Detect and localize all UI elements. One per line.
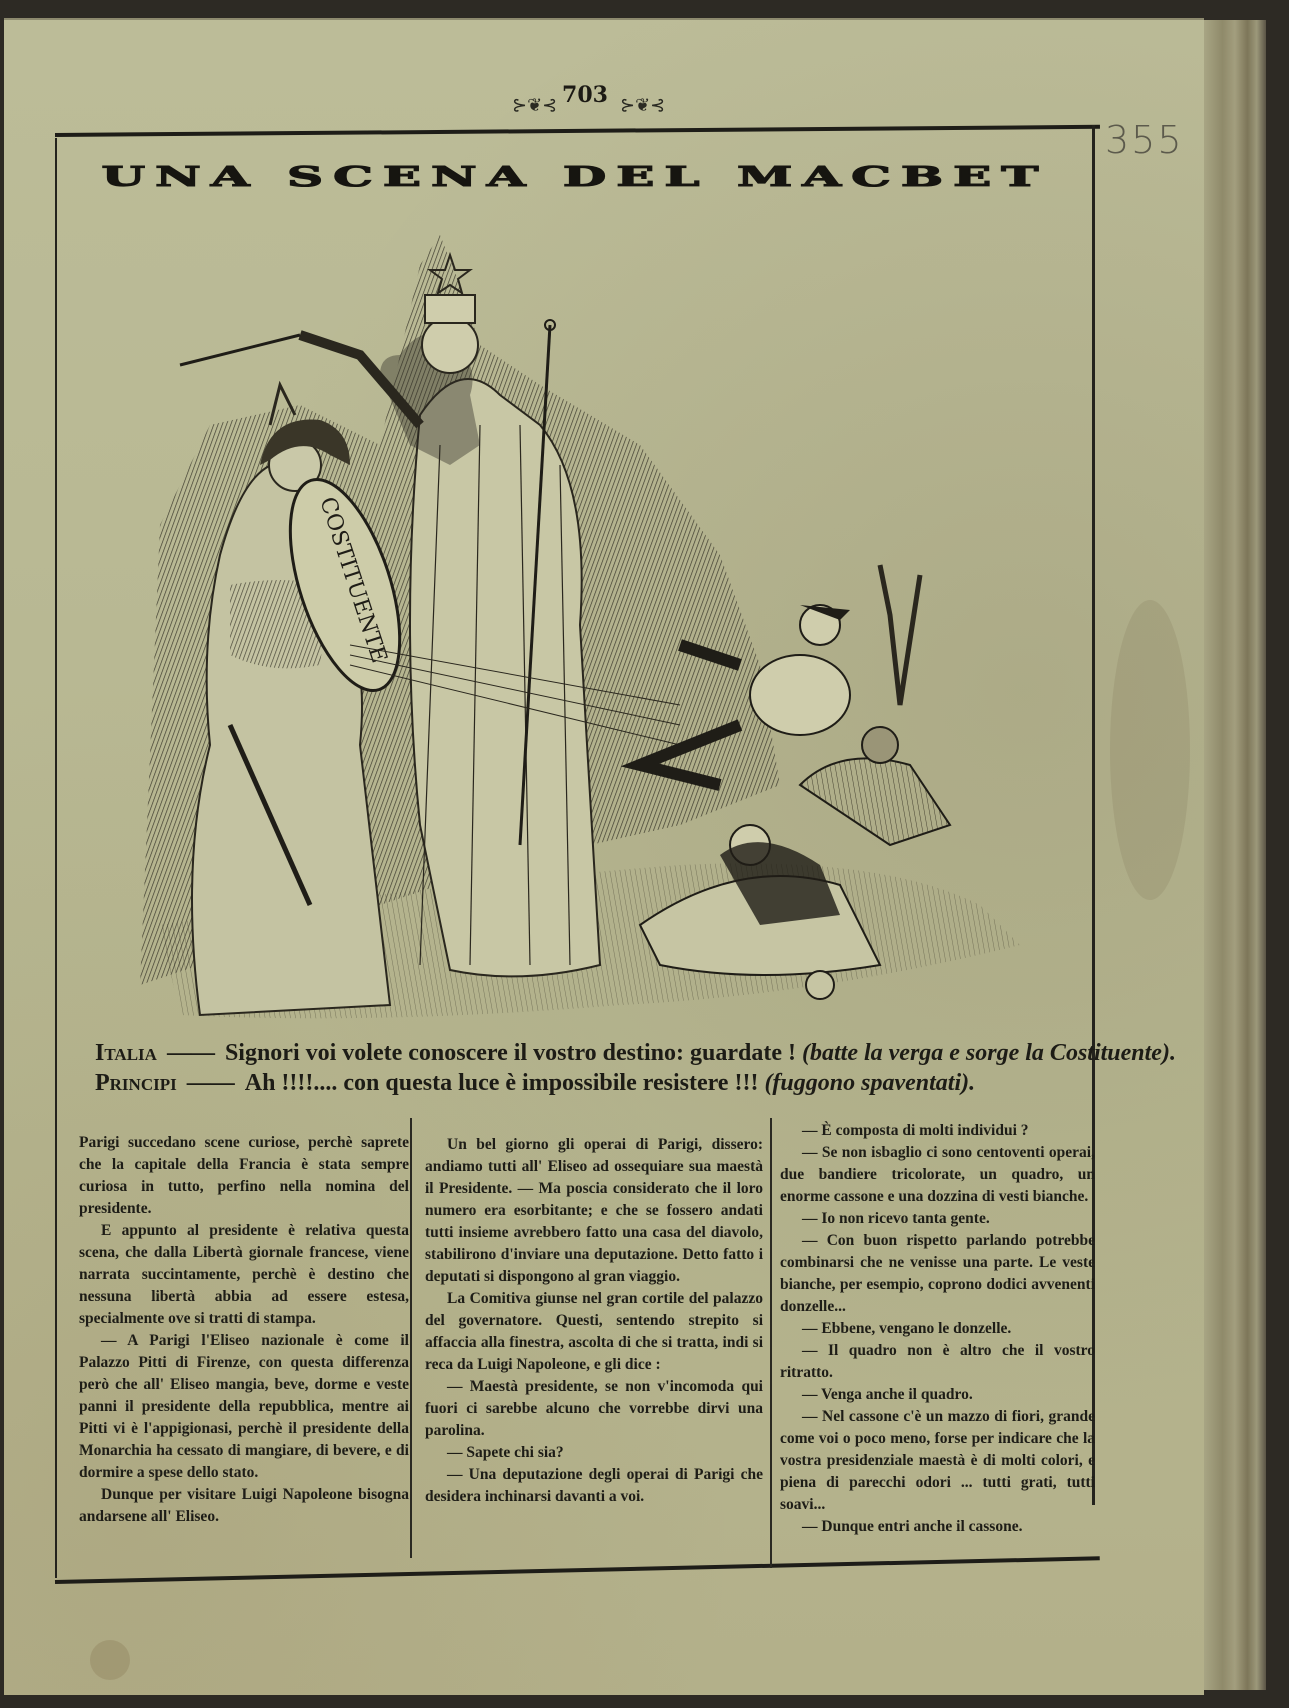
paragraph: La Comitiva giunse nel gran cortile del … — [425, 1288, 763, 1376]
caption-line-italia: Italia——Signori voi volete conoscere il … — [95, 1038, 1095, 1068]
caption-stage-direction: (batte la verga e sorge la Costituente). — [802, 1040, 1176, 1066]
paragraph: — È composta di molti individui ? — [780, 1120, 1095, 1142]
paragraph: Dunque per visitare Luigi Napoleone biso… — [79, 1484, 409, 1528]
text-column-3: — È composta di molti individui ? — Se n… — [780, 1120, 1095, 1570]
handwritten-folio-note: 355 — [1105, 118, 1184, 162]
illustration-caption: Italia——Signori voi volete conoscere il … — [95, 1038, 1095, 1098]
caption-dash: —— — [167, 1040, 215, 1066]
paragraph: Parigi succedano scene curiose, perchè s… — [79, 1132, 409, 1220]
paragraph: — Se non isbaglio ci sono centoventi ope… — [780, 1142, 1095, 1208]
paragraph: — Dunque entri anche il cassone. — [780, 1516, 1095, 1538]
frame-rule-left — [55, 138, 57, 1578]
caption-speaker: Principi — [95, 1070, 177, 1096]
paragraph: — Una deputazione degli operai di Parigi… — [425, 1464, 763, 1508]
paragraph: — Ebbene, vengano le donzelle. — [780, 1318, 1095, 1340]
paragraph: — Venga anche il quadro. — [780, 1384, 1095, 1406]
engraving-illustration: COSTITUENTE — [120, 225, 1060, 1035]
page-edge-stack — [1204, 20, 1266, 1690]
paper-stain — [1110, 600, 1190, 900]
text-column-2: Un bel giorno gli operai di Parigi, diss… — [425, 1134, 763, 1584]
caption-text: Ah !!!!.... con questa luce è impossibil… — [245, 1070, 759, 1096]
paragraph: — Con buon rispetto parlando potrebbe co… — [780, 1230, 1095, 1318]
caption-line-principi: Principi——Ah !!!!.... con questa luce è … — [95, 1068, 1095, 1098]
caption-text: Signori voi volete conoscere il vostro d… — [225, 1040, 796, 1066]
paragraph: — Nel cassone c'è un mazzo di fiori, gra… — [780, 1406, 1095, 1516]
text-column-1: Parigi succedano scene curiose, perchè s… — [79, 1132, 409, 1582]
article-title: UNA SCENA DEL MACBET — [100, 160, 1050, 192]
engraving-icon: COSTITUENTE — [120, 225, 1060, 1035]
paragraph: Un bel giorno gli operai di Parigi, diss… — [425, 1134, 763, 1288]
paragraph: — A Parigi l'Eliseo nazionale è come il … — [79, 1330, 409, 1484]
paragraph: — Sapete chi sia? — [425, 1442, 763, 1464]
page-number-ornament-right: ⊱❦⊰ — [620, 95, 665, 116]
caption-stage-direction: (fuggono spaventati). — [764, 1070, 975, 1096]
caption-dash: —— — [187, 1070, 235, 1096]
caption-speaker: Italia — [95, 1040, 157, 1066]
paper-stain — [90, 1640, 130, 1680]
paragraph: — Maestà presidente, se non v'incomoda q… — [425, 1376, 763, 1442]
paragraph: E appunto al presidente è relativa quest… — [79, 1220, 409, 1330]
article-body: Parigi succedano scene curiose, perchè s… — [75, 1120, 1095, 1570]
paragraph: — Io non ricevo tanta gente. — [780, 1208, 1095, 1230]
paragraph: — Il quadro non è altro che il vostro ri… — [780, 1340, 1095, 1384]
